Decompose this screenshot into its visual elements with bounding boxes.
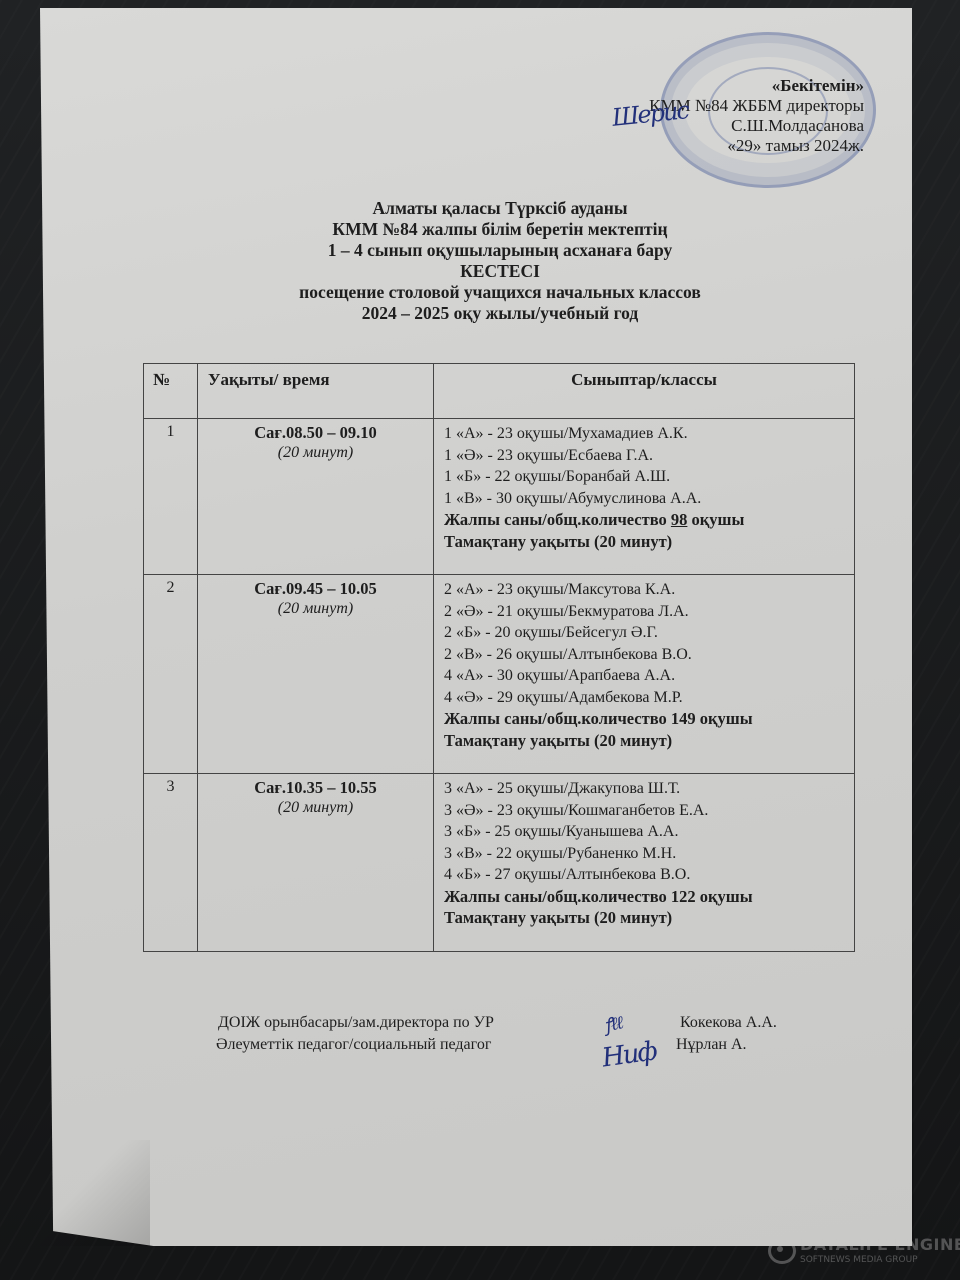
heading-subject: 1 – 4 сынып оқушыларының асханаға бару [150, 240, 850, 261]
schedule-table: № Уақыты/ время Сыныптар/классы 1Сағ.08.… [143, 363, 855, 952]
heading-subtitle-ru: посещение столовой учащихся начальных кл… [150, 282, 850, 303]
classes-cell: 3 «А» - 25 оқушы/Джакупова Ш.Т.3 «Ә» - 2… [434, 774, 855, 952]
class-entry: 3 «В» - 22 оқушы/Рубаненко М.Н. [444, 843, 854, 865]
total-count: 149 [671, 709, 696, 728]
total-unit: оқушы [696, 887, 753, 906]
signer-row: ДОІЖ орынбасары/зам.директора по УР Коке… [218, 1012, 818, 1034]
total-label: Жалпы саны/общ.количество [444, 709, 671, 728]
header-num: № [144, 364, 198, 419]
total-label: Жалпы саны/общ.количество [444, 887, 671, 906]
class-entry: 3 «Б» - 25 оқушы/Куанышева А.А. [444, 821, 854, 843]
eye-logo-icon [768, 1238, 796, 1264]
signer-name: Нұрлан А. [676, 1034, 747, 1056]
time-range: Сағ.09.45 – 10.05 [198, 579, 433, 599]
meal-time: Тамақтану уақыты (20 минут) [444, 531, 854, 553]
table-row: 2Сағ.09.45 – 10.05(20 минут)2 «А» - 23 о… [144, 575, 855, 774]
total-students: Жалпы саны/общ.количество 98 оқушы [444, 509, 854, 531]
total-count: 122 [671, 887, 696, 906]
time-duration: (20 минут) [198, 599, 433, 619]
heading-school: КММ №84 жалпы білім беретін мектептің [150, 219, 850, 240]
class-entry: 4 «Ә» - 29 оқушы/Адамбекова М.Р. [444, 687, 854, 709]
class-entry: 1 «Ә» - 23 оқушы/Есбаева Г.А. [444, 445, 854, 467]
time-range: Сағ.08.50 – 09.10 [198, 423, 433, 443]
class-entry: 1 «Б» - 22 оқушы/Боранбай А.Ш. [444, 466, 854, 488]
class-entry: 2 «В» - 26 оқушы/Алтынбекова В.О. [444, 644, 854, 666]
class-entry: 3 «Ә» - 23 оқушы/Кошмаганбетов Е.А. [444, 800, 854, 822]
classes-cell: 1 «А» - 23 оқушы/Мухамадиев А.К.1 «Ә» - … [434, 419, 855, 575]
class-entry: 4 «Б» - 27 оқушы/Алтынбекова В.О. [444, 864, 854, 886]
class-entry: 4 «А» - 30 оқушы/Арапбаева А.А. [444, 665, 854, 687]
meal-time: Тамақтану уақыты (20 минут) [444, 730, 854, 752]
class-entry: 2 «Б» - 20 оқушы/Бейсегул Ә.Г. [444, 622, 854, 644]
classes-cell: 2 «А» - 23 оқушы/Максутова К.А.2 «Ә» - 2… [434, 575, 855, 774]
document-heading: Алматы қаласы Түрксіб ауданы КММ №84 жал… [150, 198, 850, 324]
class-entry: 2 «Ә» - 21 оқушы/Бекмуратова Л.А. [444, 601, 854, 623]
time-duration: (20 минут) [198, 798, 433, 818]
signatures-footer: ДОІЖ орынбасары/зам.директора по УР Коке… [218, 1012, 818, 1056]
total-students: Жалпы саны/общ.количество 149 оқушы [444, 708, 854, 730]
time-duration: (20 минут) [198, 443, 433, 463]
approval-title: «Бекітемін» [649, 76, 864, 96]
class-entry: 1 «В» - 30 оқушы/Абумуслинова А.А. [444, 488, 854, 510]
table-header-row: № Уақыты/ время Сыныптар/классы [144, 364, 855, 419]
time-range: Сағ.10.35 – 10.55 [198, 778, 433, 798]
watermark-sub: SOFTNEWS MEDIA GROUP [800, 1255, 918, 1265]
time-cell: Сағ.09.45 – 10.05(20 минут) [198, 575, 434, 774]
total-unit: оқушы [687, 510, 744, 529]
heading-city: Алматы қаласы Түрксіб ауданы [150, 198, 850, 219]
signer-row: Әлеуметтік педагог/социальный педагог Нұ… [218, 1034, 818, 1056]
total-label: Жалпы саны/общ.количество [444, 510, 671, 529]
row-number: 2 [144, 575, 198, 774]
table-row: 3Сағ.10.35 – 10.55(20 минут)3 «А» - 25 о… [144, 774, 855, 952]
signer-name: Кокекова А.А. [680, 1012, 777, 1034]
header-time: Уақыты/ время [198, 364, 434, 419]
class-entry: 1 «А» - 23 оқушы/Мухамадиев А.К. [444, 423, 854, 445]
total-count: 98 [671, 510, 688, 529]
class-entry: 2 «А» - 23 оқушы/Максутова К.А. [444, 579, 854, 601]
meal-time: Тамақтану уақыты (20 минут) [444, 907, 854, 929]
time-cell: Сағ.08.50 – 09.10(20 минут) [198, 419, 434, 575]
row-number: 1 [144, 419, 198, 575]
table-row: 1Сағ.08.50 – 09.10(20 минут)1 «А» - 23 о… [144, 419, 855, 575]
total-students: Жалпы саны/общ.количество 122 оқушы [444, 886, 854, 908]
time-cell: Сағ.10.35 – 10.55(20 минут) [198, 774, 434, 952]
row-number: 3 [144, 774, 198, 952]
class-entry: 3 «А» - 25 оқушы/Джакупова Ш.Т. [444, 778, 854, 800]
approval-date: «29» тамыз 2024ж. [649, 136, 864, 156]
watermark-brand: DATALIFE ENGINE [800, 1235, 960, 1254]
total-unit: оқушы [696, 709, 753, 728]
header-classes: Сыныптар/классы [434, 364, 855, 419]
heading-year: 2024 – 2025 оқу жылы/учебный год [150, 303, 850, 324]
heading-title: КЕСТЕСІ [150, 261, 850, 282]
